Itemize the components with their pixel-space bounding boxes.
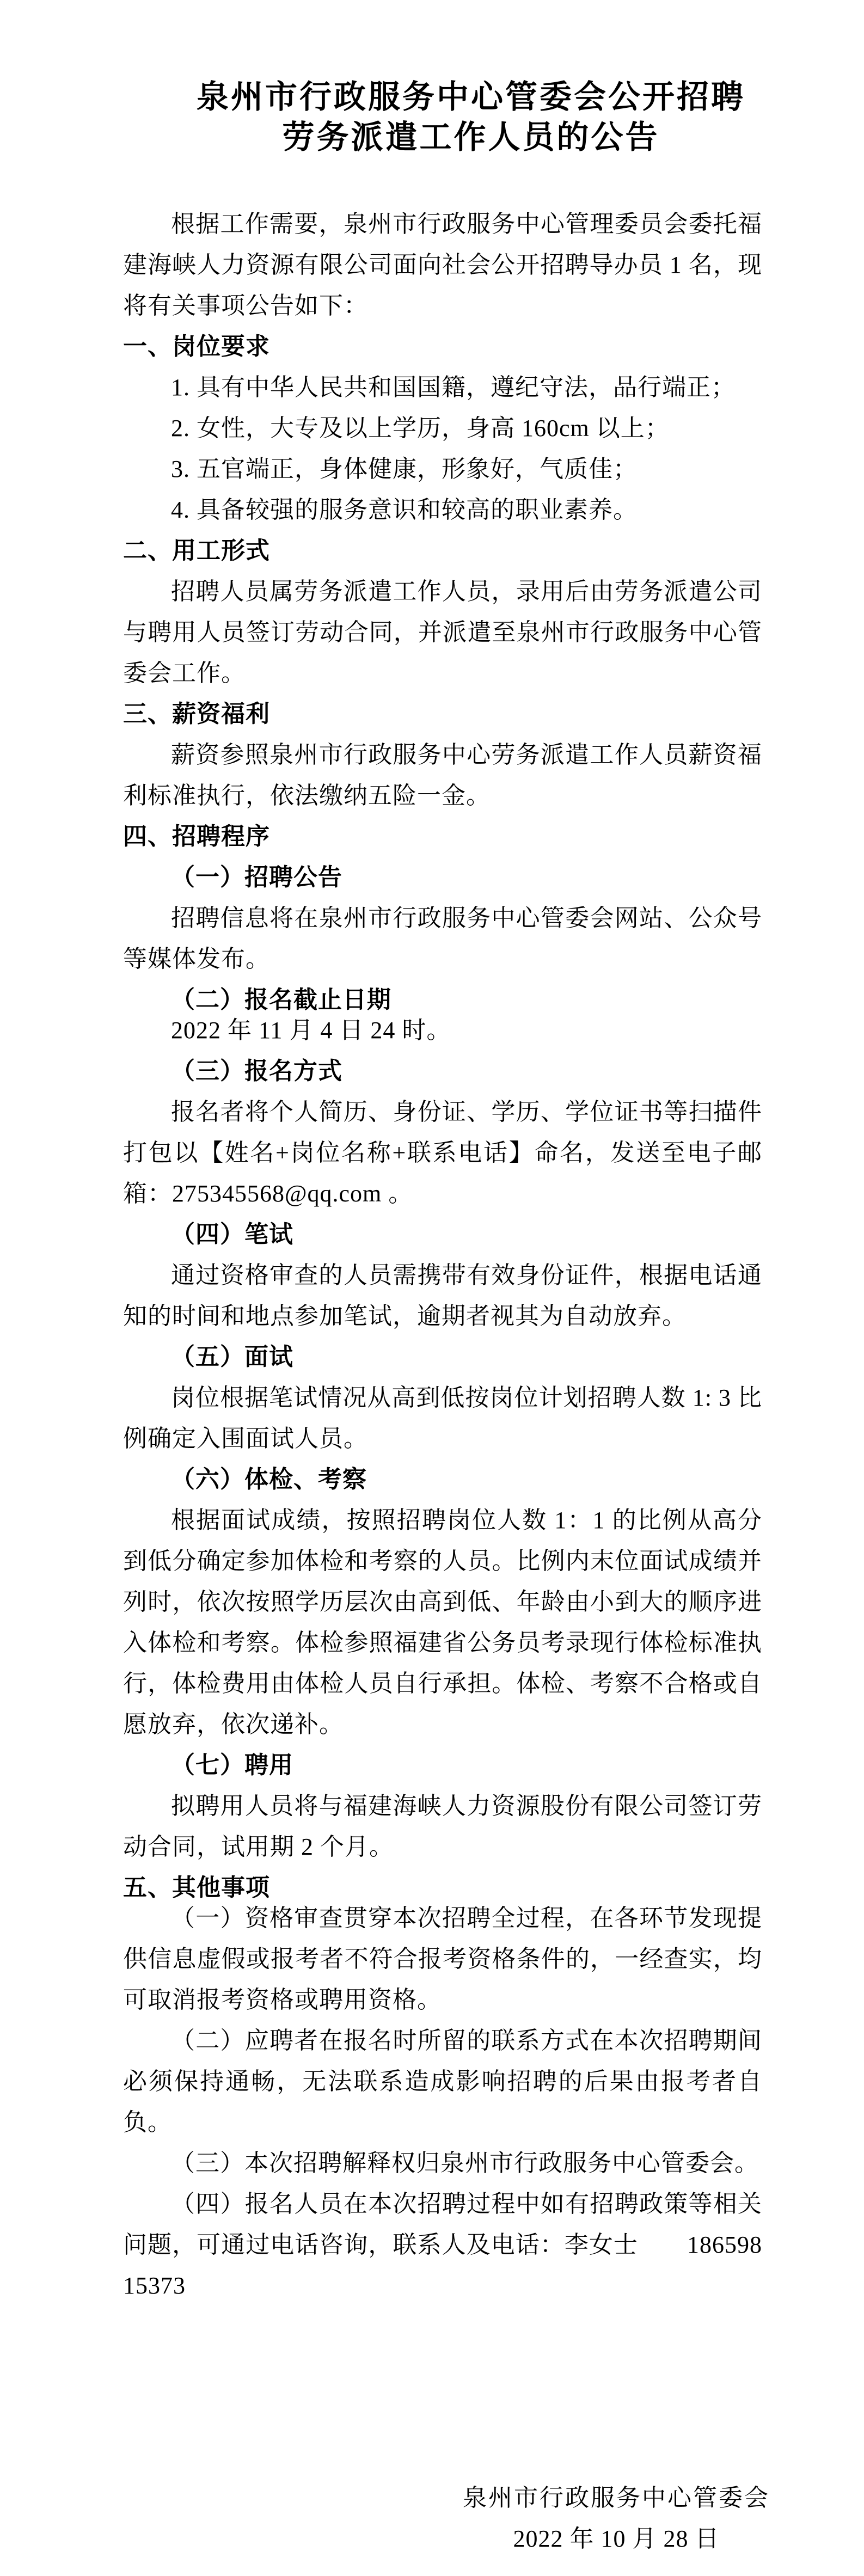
intro-paragraph: 根据工作需要，泉州市行政服务中心管理委员会委托福建海峡人力资源有限公司面向社会公… [123,204,762,326]
subsection-heading-application: （三）报名方式 [123,1051,762,1091]
subsection-heading-written-exam: （四）笔试 [123,1214,762,1255]
list-item-2: 2. 女性，大专及以上学历，身高 160cm 以上； [123,408,762,449]
body-paragraph-other-1: （一）资格审查贯穿本次招聘全过程，在各环节发现提供信息虚假或报考者不符合报考资格… [123,1898,762,2020]
body-paragraph-physical-exam: 根据面试成绩，按照招聘岗位人数 1：1 的比例从高分到低分确定参加体检和考察的人… [123,1500,762,1745]
signature-organization: 泉州市行政服务中心管委会 [463,2477,770,2518]
document-title: 泉州市行政服务中心管委会公开招聘 劳务派遣工作人员的公告 [180,77,762,157]
list-item-4: 4. 具备较强的服务意识和较高的职业素养。 [123,489,762,530]
document-title-line-1: 泉州市行政服务中心管委会公开招聘 [180,77,762,117]
subsection-heading-physical-exam: （六）体检、考察 [123,1459,762,1500]
signature-date: 2022 年 10 月 28 日 [463,2518,770,2559]
body-paragraph-written-exam: 通过资格审查的人员需携带有效身份证件，根据电话通知的时间和地点参加笔试，逾期者视… [123,1255,762,1336]
subsection-heading-interview: （五）面试 [123,1336,762,1377]
body-paragraph-other-2: （二）应聘者在报名时所留的联系方式在本次招聘期间必须保持通畅，无法联系造成影响招… [123,2020,762,2143]
body-paragraph-interview: 岗位根据笔试情况从高到低按岗位计划招聘人数 1: 3 比例确定入围面试人员。 [123,1377,762,1459]
document-title-line-2: 劳务派遣工作人员的公告 [180,117,762,157]
list-item-1: 1. 具有中华人民共和国国籍，遵纪守法，品行端正； [123,367,762,408]
section-heading-employment-form: 二、用工形式 [123,530,762,571]
body-paragraph-hiring: 拟聘用人员将与福建海峡人力资源股份有限公司签订劳动合同，试用期 2 个月。 [123,1786,762,1867]
document-content: 泉州市行政服务中心管委会公开招聘 劳务派遣工作人员的公告 根据工作需要，泉州市行… [0,77,864,2559]
signature-block: 泉州市行政服务中心管委会 2022 年 10 月 28 日 [463,2477,770,2559]
body-paragraph-other-3: （三）本次招聘解释权归泉州市行政服务中心管委会。 [123,2143,762,2184]
body-paragraph-application-email: 报名者将个人简历、身份证、学历、学位证书等扫描件打包以【姓名+岗位名称+联系电话… [123,1091,762,1214]
subsection-heading-announcement: （一）招聘公告 [123,857,762,898]
section-heading-salary: 三、薪资福利 [123,694,762,734]
contact-paragraph: （四）报名人员在本次招聘过程中如有招聘政策等相关问题，可通过电话咨询，联系人及电… [123,2184,762,2306]
deadline-date: 2022 年 11 月 4 日 24 时。 [123,1010,762,1051]
section-heading-post-requirements: 一、岗位要求 [123,326,762,367]
body-paragraph-announcement: 招聘信息将在泉州市行政服务中心管委会网站、公众号等媒体发布。 [123,898,762,979]
body-paragraph-employment-form: 招聘人员属劳务派遣工作人员，录用后由劳务派遣公司与聘用人员签订劳动合同，并派遣至… [123,571,762,694]
section-heading-procedure: 四、招聘程序 [123,816,762,857]
list-item-3: 3. 五官端正，身体健康，形象好，气质佳； [123,449,762,489]
document-page: 泉州市行政服务中心管委会公开招聘 劳务派遣工作人员的公告 根据工作需要，泉州市行… [0,0,864,2576]
subsection-heading-hiring: （七）聘用 [123,1745,762,1786]
body-paragraph-salary: 薪资参照泉州市行政服务中心劳务派遣工作人员薪资福利标准执行，依法缴纳五险一金。 [123,734,762,816]
